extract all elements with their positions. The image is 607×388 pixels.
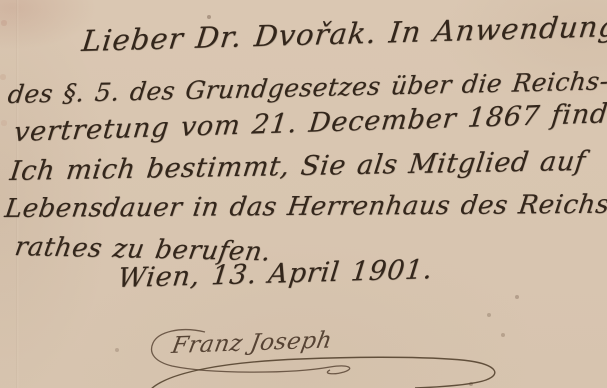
- signature-franz-joseph: Franz Joseph: [170, 327, 335, 359]
- letter-page: Lieber Dr. Dvořak. In Anwendung des §. 5…: [0, 0, 607, 388]
- letter-line-4: Ich mich bestimmt, Sie als Mitglied auf: [8, 146, 587, 187]
- paper-specks: [0, 0, 2, 2]
- letter-line-5: Lebensdauer in das Herrenhaus des Reichs…: [3, 190, 607, 224]
- partial-signature-flourish: [150, 357, 495, 388]
- letter-line-salutation: Lieber Dr. Dvořak. In Anwendung: [80, 9, 607, 58]
